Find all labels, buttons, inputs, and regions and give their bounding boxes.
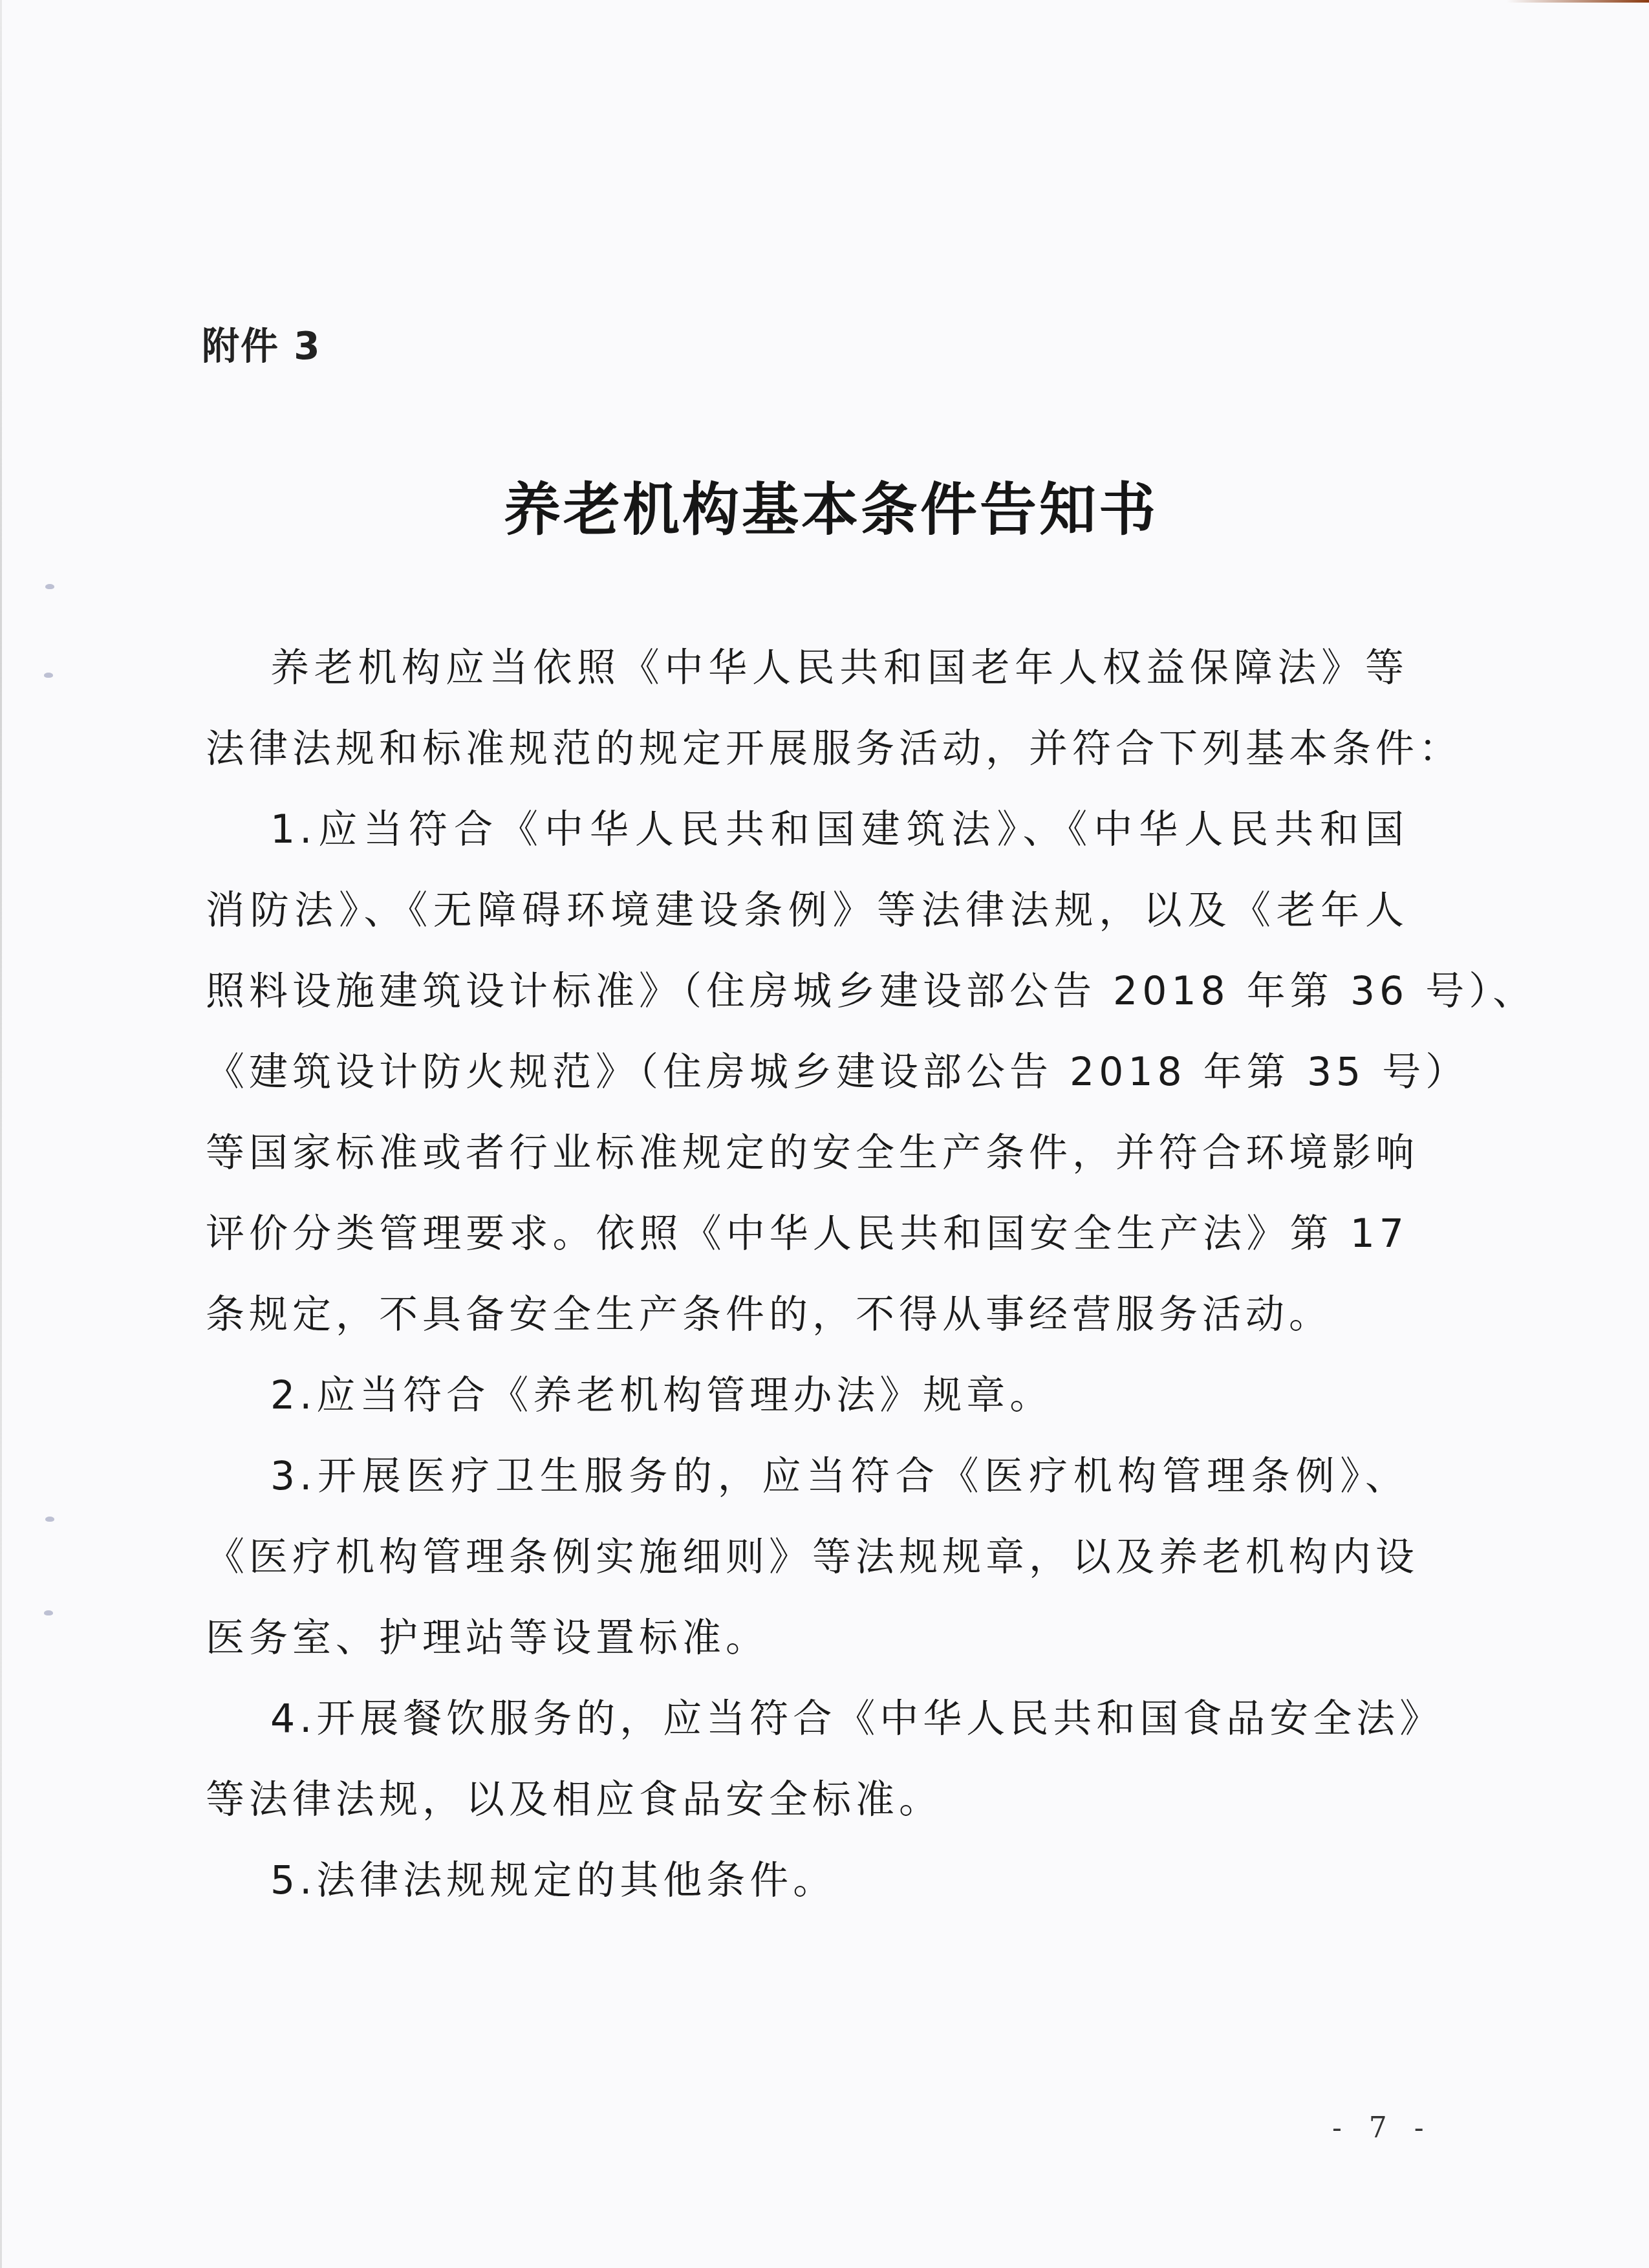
body-line: 4.开展餐饮服务的，应当符合《中华人民共和国食品安全法》 bbox=[206, 1691, 1408, 1772]
body-line: 等国家标准或者行业标准规定的安全生产条件，并符合环境影响 bbox=[206, 1125, 1408, 1206]
body-line: 医务室、护理站等设置标准。 bbox=[206, 1610, 1408, 1691]
document-page: 附件 3 养老机构基本条件告知书 养老机构应当依照《中华人民共和国老年人权益保障… bbox=[0, 0, 1649, 2268]
body-line: 照料设施建筑设计标准》（住房城乡建设部公告 2018 年第 36 号）、 bbox=[206, 964, 1408, 1044]
body-line: 5.法律法规规定的其他条件。 bbox=[206, 1853, 1408, 1934]
body-line: 1.应当符合《中华人民共和国建筑法》、《中华人民共和国 bbox=[206, 802, 1408, 883]
document-title: 养老机构基本条件告知书 bbox=[0, 464, 1649, 546]
scan-edge-top bbox=[1507, 0, 1649, 3]
scan-edge-left bbox=[0, 0, 2, 2268]
binding-hole-mark bbox=[45, 584, 54, 589]
binding-hole-mark bbox=[44, 1610, 53, 1615]
body-line: 3.开展医疗卫生服务的，应当符合《医疗机构管理条例》、 bbox=[206, 1449, 1408, 1529]
binding-hole-mark bbox=[44, 673, 53, 678]
attachment-label: 附件 3 bbox=[202, 316, 321, 370]
page-number: - 7 - bbox=[1332, 2111, 1433, 2144]
document-body: 养老机构应当依照《中华人民共和国老年人权益保障法》等 法律法规和标准规范的规定开… bbox=[206, 640, 1408, 1934]
body-line: 《建筑设计防火规范》（住房城乡建设部公告 2018 年第 35 号） bbox=[206, 1044, 1408, 1125]
body-line: 2.应当符合《养老机构管理办法》规章。 bbox=[206, 1368, 1408, 1449]
body-line: 评价分类管理要求。依照《中华人民共和国安全生产法》第 17 bbox=[206, 1206, 1408, 1287]
body-line: 消防法》、《无障碍环境建设条例》等法律法规，以及《老年人 bbox=[206, 883, 1408, 964]
binding-hole-mark bbox=[45, 1517, 54, 1522]
body-line: 养老机构应当依照《中华人民共和国老年人权益保障法》等 bbox=[206, 640, 1408, 721]
body-line: 等法律法规，以及相应食品安全标准。 bbox=[206, 1772, 1408, 1853]
body-line: 法律法规和标准规范的规定开展服务活动，并符合下列基本条件： bbox=[206, 721, 1408, 802]
body-line: 条规定，不具备安全生产条件的，不得从事经营服务活动。 bbox=[206, 1287, 1408, 1368]
body-line: 《医疗机构管理条例实施细则》等法规规章，以及养老机构内设 bbox=[206, 1529, 1408, 1610]
